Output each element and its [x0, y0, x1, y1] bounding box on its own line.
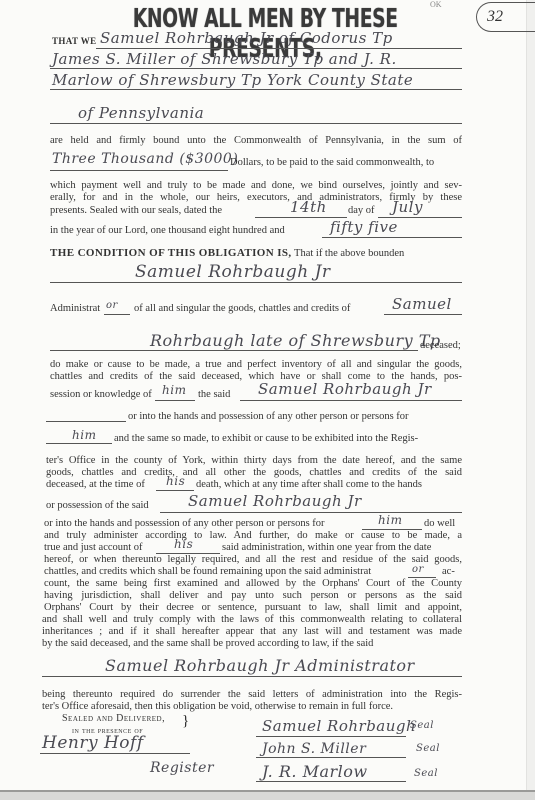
- bounden-name: Samuel Rohrbaugh Jr: [135, 262, 331, 282]
- signature-2: John S. Miller: [262, 741, 366, 757]
- time-of-pronoun: his: [166, 474, 185, 488]
- day-of-text: day of: [348, 205, 375, 217]
- date-month: July: [392, 198, 423, 216]
- bond-sum: Three Thousand ($3000): [52, 151, 238, 167]
- surrender-text-2: ter's Office aforesaid, then this obliga…: [42, 701, 393, 713]
- page-number: 32: [476, 2, 535, 32]
- presents-text: presents. Sealed with our seals, dated t…: [50, 205, 222, 217]
- para-line-1: or into the hands and possession of any …: [44, 518, 325, 530]
- brace-glyph: }: [182, 714, 189, 728]
- condition-heading: THE CONDITION OF THIS OBLIGATION IS,: [50, 247, 292, 259]
- seal-1: Seal: [410, 720, 434, 731]
- para-line-8: Orphans' Court by their decree or senten…: [44, 602, 462, 614]
- possession-name: Samuel Rohrbaugh Jr: [188, 492, 362, 510]
- obligors-line-4: of Pennsylvania: [78, 104, 204, 122]
- year-text: in the year of our Lord, one thousand ei…: [50, 225, 285, 237]
- para-line-3a: true and just account of: [44, 542, 143, 554]
- obligors-line-1: Samuel Rohrbaugh Jr of Codorus Tp: [100, 29, 393, 47]
- para-line-9: and shall well and truly comply with the…: [42, 614, 462, 626]
- para-for-pronoun: him: [378, 513, 402, 527]
- if-the-said-name: Samuel Rohrbaugh Jr Administrator: [105, 656, 415, 675]
- para-line-2: and truly administer according to law. A…: [44, 530, 462, 542]
- dollars-text: Dollars, to be paid to the said commonwe…: [230, 157, 434, 169]
- scan-bottom-strip: [0, 792, 535, 800]
- registers-office-text: ter's Office in the county of York, with…: [46, 455, 462, 467]
- condition-rest: That if the above bounden: [294, 248, 404, 259]
- witness-title: Register: [150, 760, 214, 776]
- seal-3: Seal: [414, 768, 438, 779]
- para-line-7: having jurisdiction, shall deliver and p…: [44, 590, 462, 602]
- or-into-hands-text: or into the hands and possession of any …: [128, 411, 409, 423]
- witness-signature: Henry Hoff: [42, 733, 144, 753]
- do-well-text: do well: [424, 518, 455, 530]
- para-line-6: count, the same being first examined and…: [44, 578, 462, 590]
- signature-1: Samuel Rohrbaugh: [262, 717, 416, 735]
- knowledge-of-text: session or knowledge of: [50, 389, 152, 401]
- administrat-label: Administrat: [50, 303, 100, 315]
- deceased-time-text: deceased, at the time of: [46, 479, 145, 491]
- obligors-line-2: James S. Miller of Shrewsbury Tp and J. …: [52, 50, 397, 68]
- seal-2: Seal: [416, 743, 440, 754]
- payment-text-1: which payment well and truly to be made …: [50, 180, 462, 192]
- held-bound-text: are held and firmly bound unto the Commo…: [50, 135, 462, 147]
- signature-3: J. R. Marlow: [262, 762, 368, 781]
- para-line-10: inheritances ; and if it shall hereafter…: [42, 626, 462, 638]
- para-line-5b: ac-: [442, 566, 455, 578]
- administrat-or-suffix: or: [412, 564, 424, 575]
- that-we-label: THAT WE: [52, 35, 97, 47]
- date-day: 14th: [290, 198, 327, 216]
- account-of-pronoun: his: [174, 537, 193, 551]
- para-line-5a: chattles, and credits which shall be fou…: [44, 566, 371, 578]
- goods-chattles-text: goods, chattles and credits, and all oth…: [46, 467, 462, 479]
- para-line-3b: said administration, within one year fro…: [222, 542, 431, 554]
- surrender-text-1: being thereunto required do surrender th…: [42, 689, 462, 701]
- goods-credits-text: of all and singular the goods, chattles …: [134, 303, 350, 315]
- condition-text: THE CONDITION OF THIS OBLIGATION IS, Tha…: [50, 247, 404, 260]
- persons-for-pronoun: him: [72, 428, 96, 442]
- date-year: fifty five: [330, 218, 398, 236]
- administrat-suffix: or: [106, 300, 118, 311]
- inventory-text-1: do make or cause to be made, a true and …: [50, 359, 462, 371]
- the-said-text: the said: [198, 389, 230, 401]
- death-which-text: death, which at any time after shall com…: [196, 479, 422, 491]
- para-line-11: by the said deceased, and the same shall…: [42, 638, 373, 650]
- obligors-line-3: Marlow of Shrewsbury Tp York County Stat…: [52, 71, 413, 89]
- possession-said-text: or possession of the said: [46, 500, 149, 512]
- same-so-made-text: and the same so made, to exhibit or caus…: [114, 433, 418, 445]
- deceased-label: deceased;: [420, 340, 461, 352]
- the-said-name: Samuel Rohrbaugh Jr: [258, 380, 432, 398]
- page-edge: [526, 0, 535, 790]
- deceased-name-residence: Rohrbaugh late of Shrewsbury Tp: [150, 331, 441, 350]
- bond-document: OK 32 KNOW ALL MEN BY THESE PRESENTS, TH…: [0, 0, 535, 792]
- deceased-first-name: Samuel: [392, 295, 452, 313]
- knowledge-of-pronoun: him: [162, 383, 186, 397]
- para-line-4: hereof, or when thereunto legally requir…: [44, 554, 462, 566]
